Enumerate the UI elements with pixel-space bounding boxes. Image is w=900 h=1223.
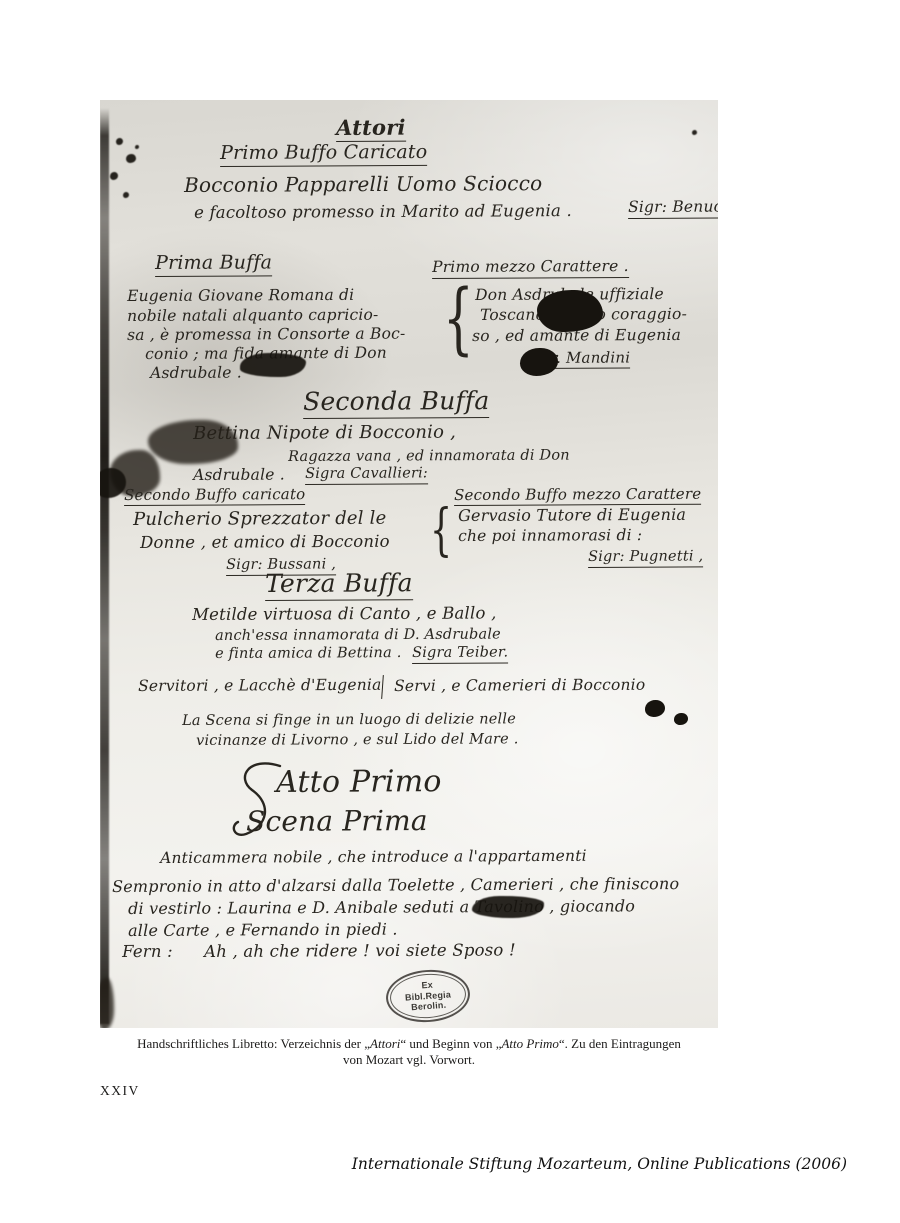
ms-sig-cavallieri: Sigra Cavallieri: — [305, 465, 428, 484]
divider-line — [381, 675, 384, 699]
ink-speck — [135, 145, 139, 149]
ms-eugenia-1: Eugenia Giovane Romana di — [127, 287, 354, 306]
ms-metilde-2: anch'essa innamorata di D. Asdrubale — [215, 627, 501, 645]
brace-left-column: { — [443, 280, 474, 358]
ms-bocconio-1: Bocconio Papparelli Uomo Sciocco — [184, 172, 542, 197]
caption-italic-atto-primo: Atto Primo — [501, 1036, 558, 1051]
ms-eugenia-2: nobile natali alquanto capricio- — [127, 307, 379, 326]
ms-heading-terza-buffa: Terza Buffa — [265, 569, 413, 601]
ink-speck — [692, 130, 697, 135]
ms-gervasio-1: Gervasio Tutore di Eugenia — [458, 506, 686, 526]
ink-blot — [537, 290, 603, 332]
ms-bocconio-2: e facoltoso promesso in Marito ad Eugeni… — [194, 202, 572, 223]
ink-dot — [645, 700, 665, 717]
caption-text: Handschriftliches Libretto: Verzeichnis … — [137, 1036, 370, 1051]
caption-text: “ und Beginn von „ — [400, 1036, 501, 1051]
ms-sempronio-1: Sempronio in atto d'alzarsi dalla Toelet… — [112, 875, 679, 896]
ms-sempronio-3: alle Carte , e Fernando in piedi . — [128, 921, 398, 941]
ms-eugenia-3: sa , è promessa in Consorte a Boc- — [127, 326, 405, 345]
ms-heading-primo-buffo: Primo Buffo Caricato — [220, 142, 427, 167]
stamp-line-2: Bibl.Regia — [405, 989, 452, 1003]
ms-pulcherio-1: Pulcherio Sprezzator del le — [133, 509, 386, 531]
caption-line-2: von Mozart vgl. Vorwort. — [100, 1052, 718, 1068]
ink-dot — [674, 713, 688, 725]
caption-text: “. Zu den Eintragungen — [559, 1036, 681, 1051]
ms-gervasio-2: che poi innamorasi di : — [458, 527, 642, 546]
scribbled-out-signature — [240, 353, 306, 377]
page: { "colors": { "paper_top": "#d9d7d1", "p… — [0, 0, 900, 1223]
scribbled-out-word — [472, 896, 544, 918]
caption-italic-attori: Attori — [370, 1036, 400, 1051]
page-number: XXIV — [100, 1083, 140, 1099]
ms-sig-pugnetti: Sigr: Pugnetti , — [588, 548, 703, 567]
ink-speck — [123, 192, 129, 198]
ms-heading-prima-buffa: Prima Buffa — [155, 252, 272, 276]
brace-right-column: { — [430, 503, 452, 559]
ms-bettina-3: Asdrubale . — [193, 467, 285, 485]
ms-bettina-2: Ragazza vana , ed innamorata di Don — [288, 448, 570, 466]
stamp-line-1: Ex — [421, 980, 433, 991]
library-stamp: Ex Bibl.Regia Berolin. — [384, 967, 471, 1025]
ms-sig-benucci: Sigr: Benucci. — [628, 198, 718, 218]
ms-fern-text: Ah , ah che ridere ! voi siete Sposo ! — [204, 941, 516, 962]
ms-servitori-right: Servi , e Camerieri di Bocconio — [394, 677, 645, 696]
ink-blot — [520, 348, 558, 376]
ms-sig-teiber: Sigra Teiber. — [412, 644, 508, 663]
ms-servitori-left: Servitori , e Lacchè d'Eugenia — [138, 677, 382, 696]
ink-speck — [126, 154, 136, 163]
ms-atto-primo: Atto Primo — [276, 765, 442, 800]
ink-smudge — [148, 420, 238, 464]
ms-heading-seconda-buffa: Seconda Buffa — [303, 387, 490, 419]
caption-line-1: Handschriftliches Libretto: Verzeichnis … — [100, 1036, 718, 1052]
ink-smudge — [100, 978, 114, 1028]
publication-footer: Internationale Stiftung Mozarteum, Onlin… — [352, 1155, 847, 1173]
ms-pulcherio-2: Donne , et amico di Bocconio — [140, 533, 390, 553]
ms-sempronio-2: di vestirlo : Laurina e D. Anibale sedut… — [128, 897, 635, 918]
ms-fern-label: Fern : — [122, 943, 173, 962]
binding-edge — [100, 108, 109, 1024]
manuscript-scan: Attori Primo Buffo Caricato Bocconio Pap… — [100, 100, 718, 1028]
figure-caption: Handschriftliches Libretto: Verzeichnis … — [100, 1036, 718, 1069]
ms-title: Attori — [336, 116, 406, 143]
ink-speck — [116, 138, 123, 145]
ms-scene-note-1: La Scena si finge in un luogo di delizie… — [182, 711, 516, 729]
ms-metilde-3: e finta amica di Bettina . — [215, 645, 402, 663]
ms-metilde-1: Metilde virtuosa di Canto , e Ballo , — [192, 604, 497, 625]
ms-eugenia-5: Asdrubale . — [150, 365, 242, 383]
ink-speck — [110, 172, 118, 180]
ms-heading-secondo-mezzo: Secondo Buffo mezzo Carattere — [454, 486, 701, 507]
ms-anticammera: Anticammera nobile , che introduce a l'a… — [160, 848, 587, 868]
ms-heading-secondo-caricato: Secondo Buffo caricato — [124, 486, 305, 506]
stamp-line-3: Berolin. — [411, 1000, 447, 1013]
ms-scene-note-2: vicinanze di Livorno , e sul Lido del Ma… — [196, 731, 519, 749]
ms-scena-prima: Scena Prima — [246, 805, 428, 838]
